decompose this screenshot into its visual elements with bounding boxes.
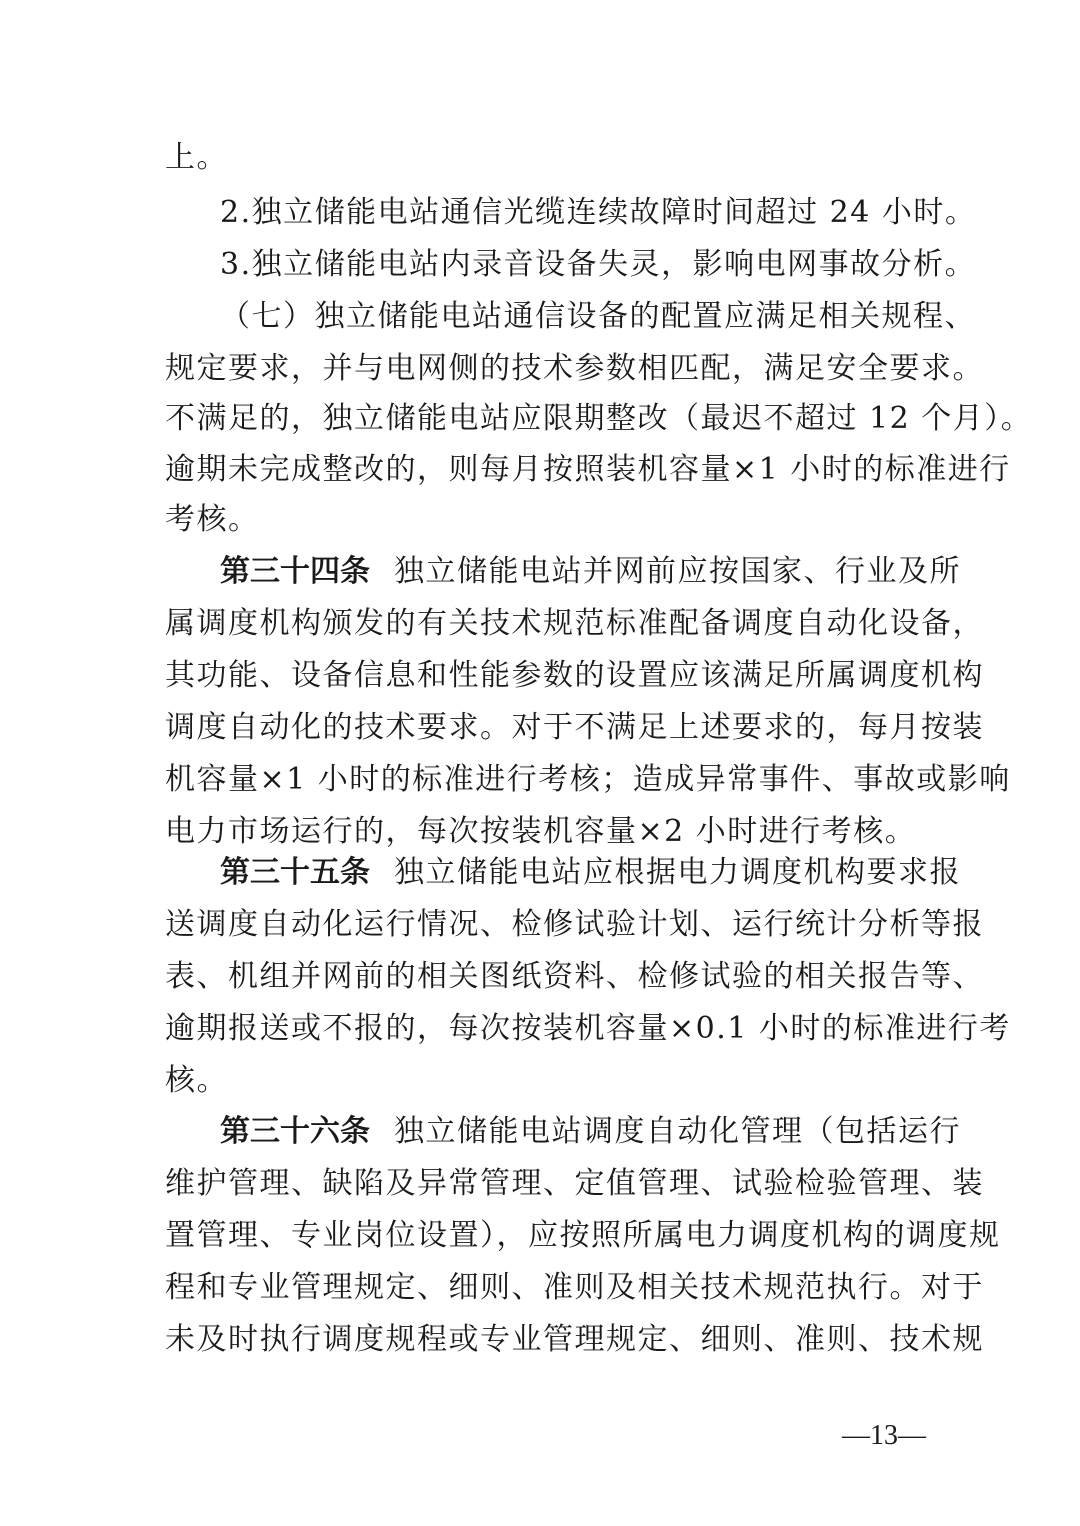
text-line: 逾期未完成整改的，则每月按照装机容量×1 小时的标准进行 <box>165 450 917 490</box>
text-line: 程和专业管理规定、细则、准则及相关技术规范执行。对于 <box>165 1268 917 1308</box>
article-35-text: 独立储能电站应根据电力调度机构要求报 <box>394 855 961 890</box>
page-number: —13— <box>842 1418 926 1454</box>
article-36-first-line: 第三十六条独立储能电站调度自动化管理（包括运行 <box>220 1112 917 1152</box>
article-35-heading: 第三十五条 <box>220 855 370 890</box>
clause-seven-line: （七）独立储能电站通信设备的配置应满足相关规程、 <box>220 297 917 337</box>
text-line: 调度自动化的技术要求。对于不满足上述要求的，每月按装 <box>165 708 917 748</box>
list-item-2: 2.独立储能电站通信光缆连续故障时间超过 24 小时。 <box>220 193 917 233</box>
text-line: 属调度机构颁发的有关技术规范标准配备调度自动化设备， <box>165 604 917 644</box>
document-page: 上。 2.独立储能电站通信光缆连续故障时间超过 24 小时。 3.独立储能电站内… <box>0 0 1080 1526</box>
text-line: 考核。 <box>165 500 917 540</box>
text-line: 电力市场运行的，每次按装机容量×2 小时进行考核。 <box>165 812 917 852</box>
text-line: 上。 <box>165 138 917 178</box>
text-line: 核。 <box>165 1061 917 1101</box>
text-line: 未及时执行调度规程或专业管理规定、细则、准则、技术规 <box>165 1320 917 1360</box>
text-line: 置管理、专业岗位设置），应按照所属电力调度机构的调度规 <box>165 1216 917 1256</box>
article-35-first-line: 第三十五条独立储能电站应根据电力调度机构要求报 <box>220 853 917 893</box>
text-line: 不满足的，独立储能电站应限期整改（最迟不超过 12 个月）。 <box>165 399 917 439</box>
article-36-heading: 第三十六条 <box>220 1114 370 1149</box>
text-line: 表、机组并网前的相关图纸资料、检修试验的相关报告等、 <box>165 957 917 997</box>
text-line: 规定要求，并与电网侧的技术参数相匹配，满足安全要求。 <box>165 349 917 389</box>
article-36-text: 独立储能电站调度自动化管理（包括运行 <box>394 1114 961 1149</box>
text-line: 送调度自动化运行情况、检修试验计划、运行统计分析等报 <box>165 905 917 945</box>
text-line: 逾期报送或不报的，每次按装机容量×0.1 小时的标准进行考 <box>165 1009 917 1049</box>
text-line: 机容量×1 小时的标准进行考核；造成异常事件、事故或影响 <box>165 760 917 800</box>
article-34-first-line: 第三十四条独立储能电站并网前应按国家、行业及所 <box>220 552 917 592</box>
text-line: 维护管理、缺陷及异常管理、定值管理、试验检验管理、装 <box>165 1164 917 1204</box>
article-34-heading: 第三十四条 <box>220 554 370 589</box>
text-line: 其功能、设备信息和性能参数的设置应该满足所属调度机构 <box>165 656 917 696</box>
article-34-text: 独立储能电站并网前应按国家、行业及所 <box>394 554 961 589</box>
list-item-3: 3.独立储能电站内录音设备失灵，影响电网事故分析。 <box>220 245 917 285</box>
